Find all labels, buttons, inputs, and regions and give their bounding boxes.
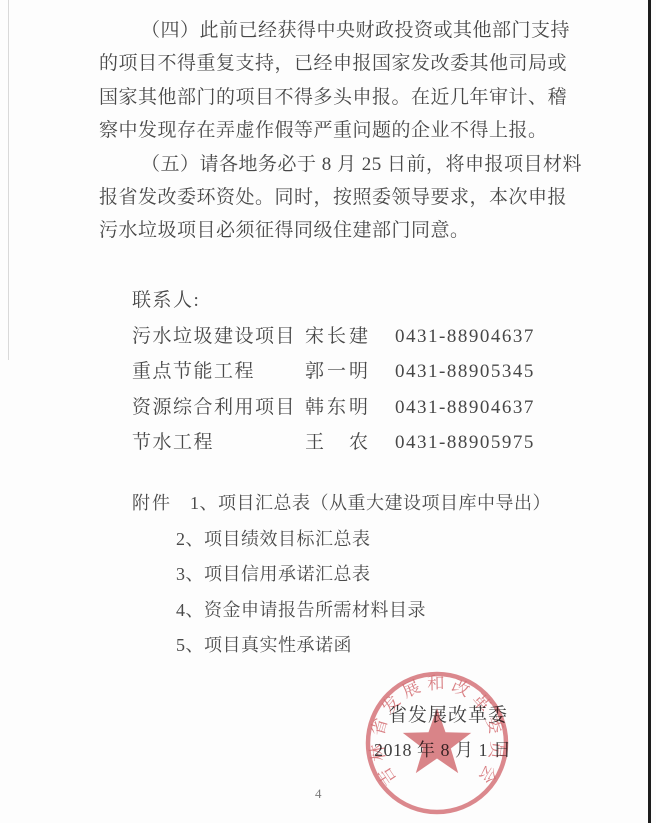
paragraph-4: （四）此前已经获得中央财政投资或其他部门支持的项目不得重复支持，已经申报国家发改… [99,14,585,148]
contact-project: 资源综合利用项目 [132,390,305,426]
attachments-block: 附件 1、项目汇总表（从重大建设项目库中导出） 2、项目绩效目标汇总表 3、项目… [132,486,551,664]
body-text: （四）此前已经获得中央财政投资或其他部门支持的项目不得重复支持，已经申报国家发改… [99,14,585,248]
attachments-label: 附件 [132,486,190,522]
contact-person: 宋长建 [305,319,395,355]
attachment-row: 附件 1、项目汇总表（从重大建设项目库中导出） [132,486,551,522]
signature-org: 省发展改革委 [388,700,508,727]
contact-row: 资源综合利用项目 韩东明 0431-88904637 [132,390,535,426]
contact-person: 韩东明 [305,390,395,426]
attachment-item: 4、资金申请报告所需材料目录 [176,593,551,629]
page-number: 4 [315,786,323,802]
contact-phone: 0431-88904637 [395,390,535,426]
scanned-document-page: （四）此前已经获得中央财政投资或其他部门支持的项目不得重复支持，已经申报国家发改… [0,0,656,823]
contact-row: 重点节能工程 郭一明 0431-88905345 [132,354,535,390]
attachment-item: 1、项目汇总表（从重大建设项目库中导出） [190,486,551,522]
contact-project: 污水垃圾建设项目 [132,319,305,355]
attachment-item: 3、项目信用承诺汇总表 [176,557,551,593]
contact-phone: 0431-88905345 [395,354,535,390]
scan-edge-line-right [648,0,651,823]
contact-project: 重点节能工程 [132,354,305,390]
contacts-heading: 联系人: [132,283,535,319]
contact-phone: 0431-88905975 [395,425,535,461]
svg-text:吉林省发展和改革委员会: 吉林省发展和改革委员会 [366,673,507,789]
contact-project: 节水工程 [132,425,305,461]
contact-person: 王 农 [305,425,395,461]
seal-arc-text: 吉林省发展和改革委员会 [366,673,507,789]
signature-date: 2018 年 8 月 1 日 [374,736,512,762]
contacts-block: 联系人: 污水垃圾建设项目 宋长建 0431-88904637 重点节能工程 郭… [132,283,535,461]
paragraph-5: （五）请各地务必于 8 月 25 日前，将申报项目材料报省发改委环资处。同时，按… [99,148,585,248]
contact-phone: 0431-88904637 [395,319,535,355]
contact-row: 污水垃圾建设项目 宋长建 0431-88904637 [132,319,535,355]
attachment-item: 5、项目真实性承诺函 [176,628,551,664]
contact-person: 郭一明 [305,354,395,390]
contact-row: 节水工程 王 农 0431-88905975 [132,425,535,461]
attachment-item: 2、项目绩效目标汇总表 [176,522,551,558]
scan-edge-line-left [8,0,9,360]
